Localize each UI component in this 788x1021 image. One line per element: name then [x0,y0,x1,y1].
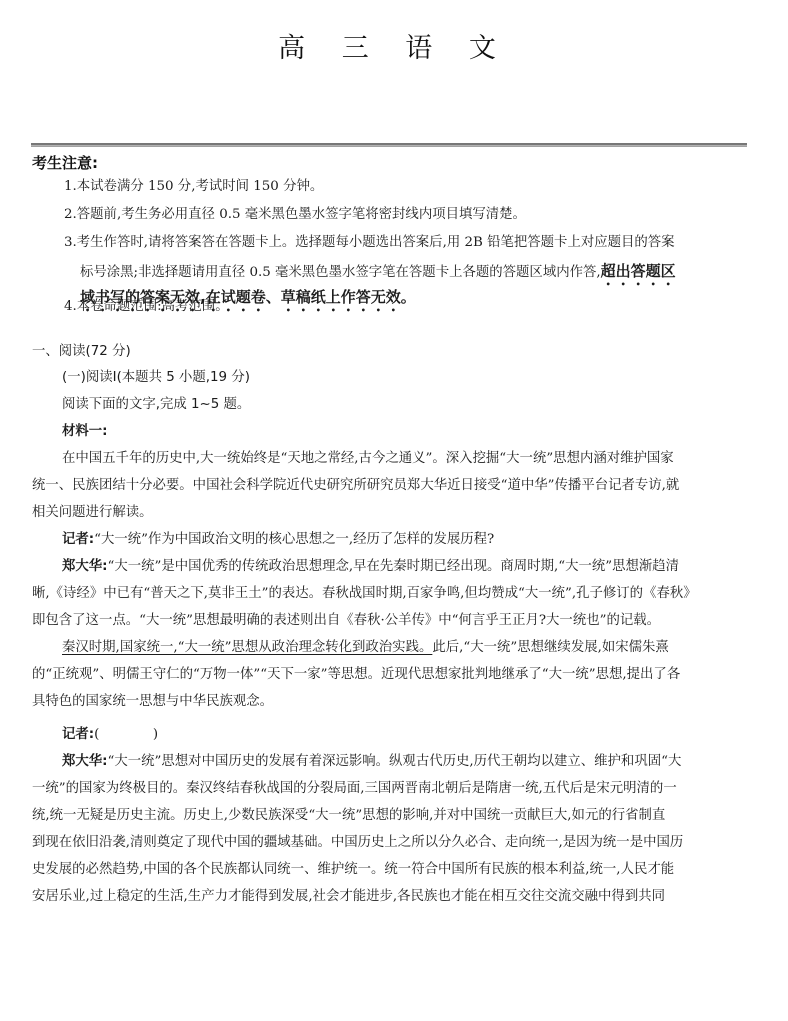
answer-2-line: 郑大华:“大一统”思想对中国历史的发展有着深远影响。纵观古代历史,历代王朝均以建… [62,753,681,771]
notice-item-2: 2.答题前,考生务必用直径 0.5 毫米黑色墨水签字笔将密封线内项目填写清楚。 [64,206,526,224]
paragraph-line: 到现在依旧沿袭,清则奠定了现代中国的疆域基础。中国历史上之所以分久必合、走向统一… [32,834,683,852]
question-text: “大一统”作为中国政治文明的核心思想之一,经历了怎样的发展历程? [94,532,494,547]
paragraph-line: 晰,《诗经》中已有“普天之下,莫非王土”的表达。春秋战国时期,百家争鸣,但均赞成… [32,585,697,603]
paragraph-line: 史发展的必然趋势,中国的各个民族都认同统一、维护统一。统一符合中国所有民族的根本… [32,861,674,879]
question-blank: ( ) [94,727,158,742]
paragraph-line: 统,统一无疑是历史主流。历史上,少数民族深受“大一统”思想的影响,并对中国统一贡… [32,807,665,825]
paragraph-line: 一统”的国家为终极目的。秦汉终结春秋战国的分裂局面,三国两晋南北朝后是隋唐一统,… [32,780,677,798]
paragraph-line: 即包含了这一点。“大一统”思想最明确的表述则出自《春秋·公羊传》中“何言乎王正月… [32,612,660,630]
page-title: 高 三 语 文 [0,26,788,65]
reporter-label: 记者: [62,727,94,742]
notice-heading: 考生注意: [32,152,98,173]
answer-text: “大一统”思想对中国历史的发展有着深远影响。纵观古代历史,历代王朝均以建立、维护… [108,754,682,769]
paragraph-line: 安居乐业,过上稳定的生活,生产力才能得到发展,社会才能进步,各民族也才能在相互交… [32,888,665,906]
exam-page: 高 三 语 文 考生注意: 1.本试卷满分 150 分,考试时间 150 分钟。… [0,0,788,1021]
answer-text: “大一统”是中国优秀的传统政治思想理念,早在先秦时期已经出现。商周时期,“大一统… [108,559,680,574]
paragraph-line: 相关问题进行解读。 [32,504,153,522]
notice-item-4-text: 4.本卷命题范围:高考范围。 [64,299,229,314]
notice-item-4: 4.本卷命题范围:高考范围。 [64,298,229,316]
underlined-sentence: 秦汉时期,国家统一,“大一统”思想从政治理念转化到政治实践。 [62,640,432,655]
section-heading: 一、阅读(72 分) [32,343,131,361]
reporter-question-2: 记者:( ) [62,726,158,744]
paragraph-line: 统一、民族团结十分必要。中国社会科学院近代史研究所研究员郑大华近日接受“道中华”… [32,477,679,495]
header-divider [31,143,747,147]
sentence-text: 此后,“大一统”思想继续发展,如宋儒朱熹 [432,640,668,655]
notice-item-3-text: 标号涂黑;非选择题请用直径 0.5 毫米黑色墨水签字笔在答题卡上各题的答题区域内… [80,265,601,280]
paragraph-line: 具特色的国家统一思想与中华民族观念。 [32,693,273,711]
paragraph-line: 的“正统观”、明儒王守仁的“万物一体”“天下一家”等思想。近现代思想家批判地继承… [32,666,680,684]
notice-item-3: 3.考生作答时,请将答案答在答题卡上。选择题每小题选出答案后,用 2B 铅笔把答… [64,234,675,252]
interviewee-label: 郑大华: [62,754,108,769]
reporter-label: 记者: [62,532,94,547]
section-instruction: 阅读下面的文字,完成 1~5 题。 [62,396,250,414]
interviewee-label: 郑大华: [62,559,108,574]
notice-item-3-cont: 标号涂黑;非选择题请用直径 0.5 毫米黑色墨水签字笔在答题卡上各题的答题区域内… [80,262,676,289]
paragraph-line: 秦汉时期,国家统一,“大一统”思想从政治理念转化到政治实践。此后,“大一统”思想… [62,639,669,657]
reporter-question-1: 记者:“大一统”作为中国政治文明的核心思想之一,经历了怎样的发展历程? [62,531,494,549]
answer-1-line: 郑大华:“大一统”是中国优秀的传统政治思想理念,早在先秦时期已经出现。商周时期,… [62,558,679,576]
notice-emphasis-1: 超出答题区 [601,262,676,280]
section-subheading: (一)阅读Ⅰ(本题共 5 小题,19 分) [62,369,250,387]
notice-item-1: 1.本试卷满分 150 分,考试时间 150 分钟。 [64,178,323,196]
paragraph-line: 在中国五千年的历史中,大一统始终是“天地之常经,古今之通义”。深入挖掘“大一统”… [62,450,674,468]
material-label: 材料一: [62,423,108,441]
